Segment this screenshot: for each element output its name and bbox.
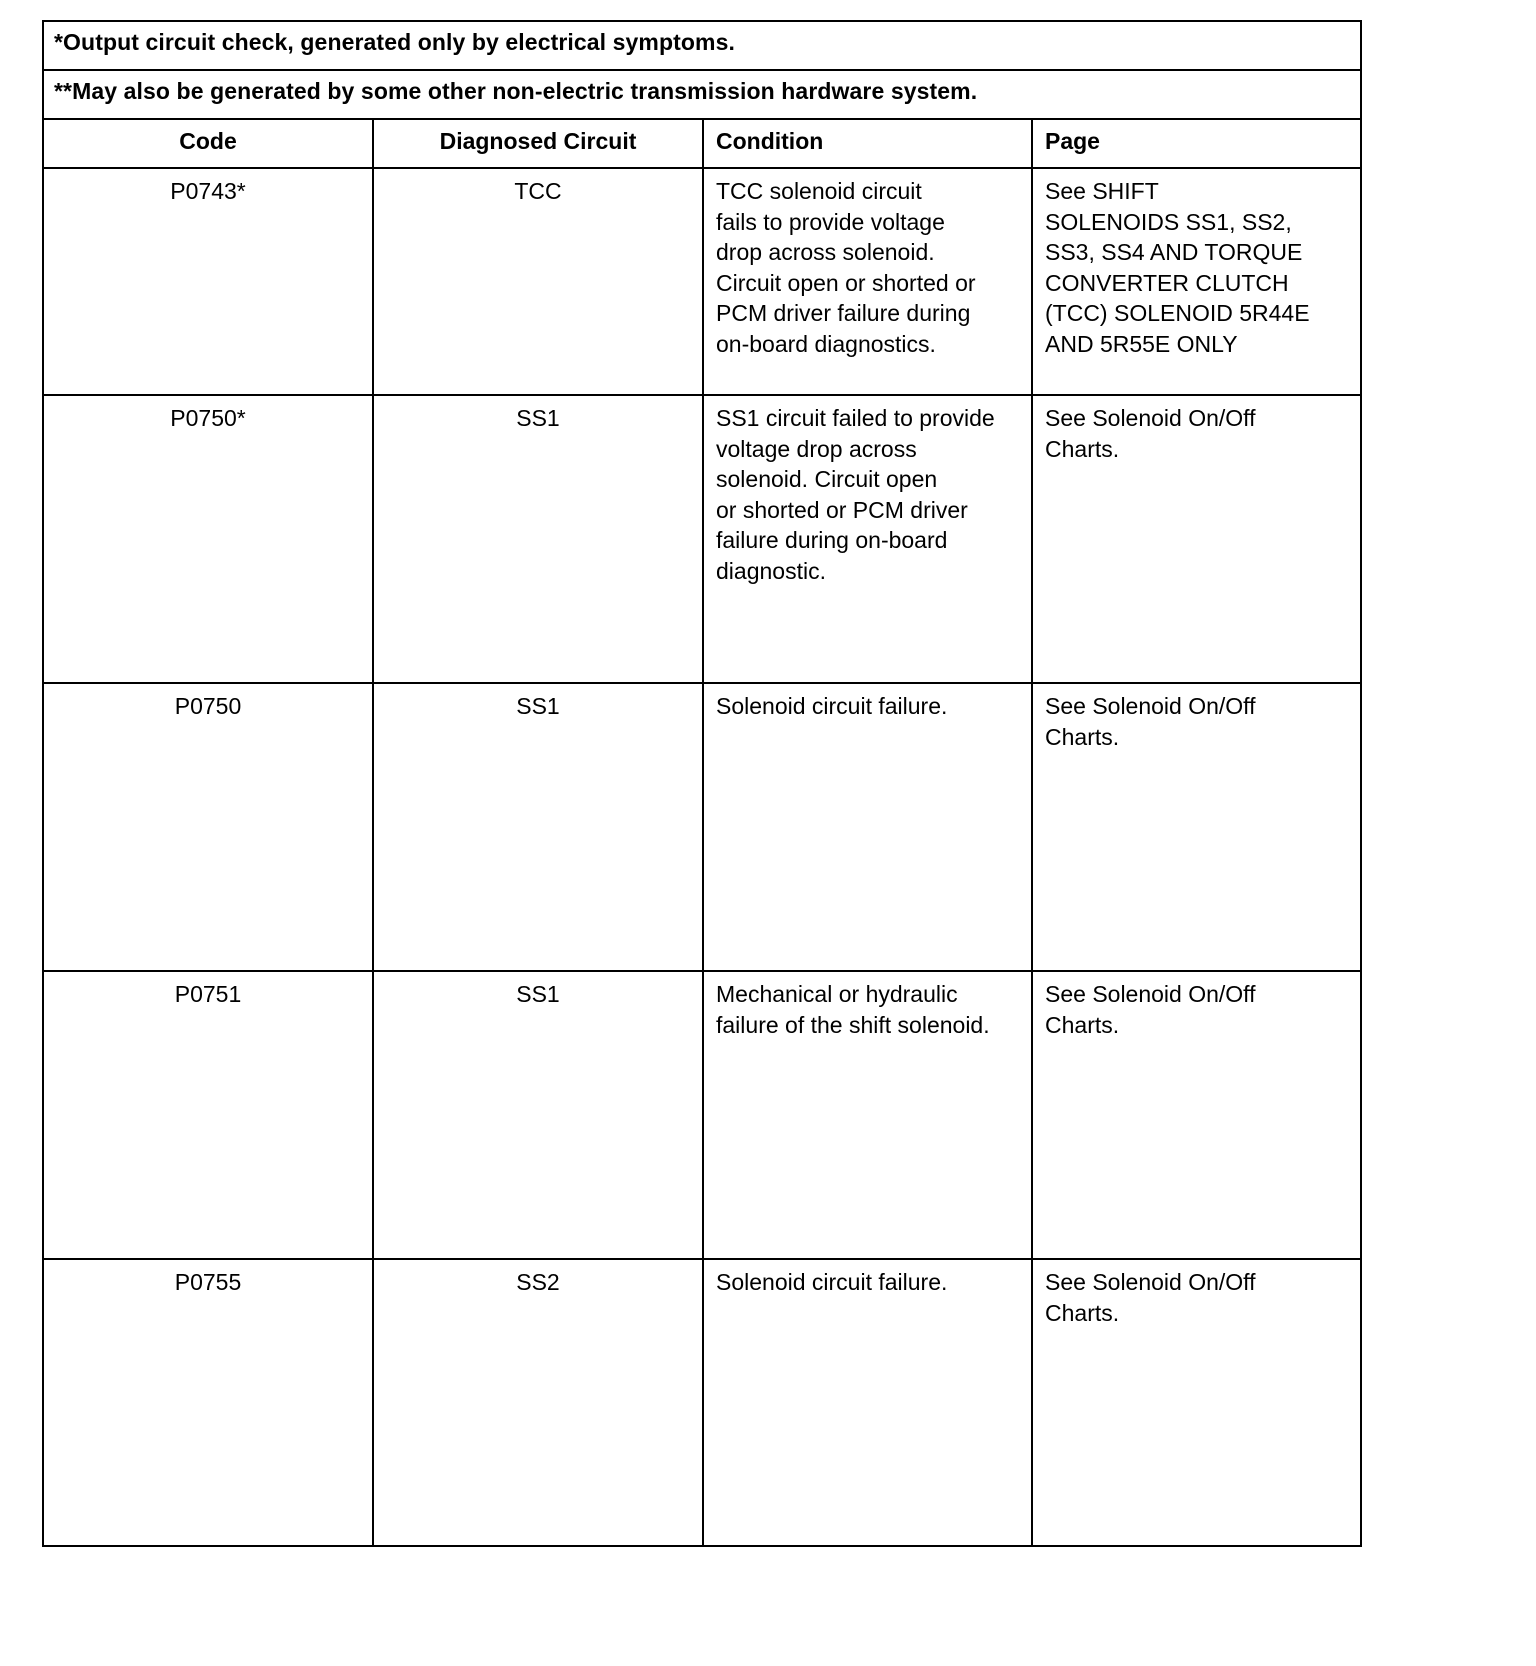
- cell-page: See Solenoid On/Off Charts.: [1032, 683, 1361, 971]
- circuit-text: SS1: [374, 972, 702, 1010]
- table-header-row: Code Diagnosed Circuit Condition Page: [43, 119, 1361, 168]
- circuit-text: SS1: [374, 684, 702, 722]
- footnote-row-single: *Output circuit check, generated only by…: [43, 21, 1361, 70]
- table-row: P0755 SS2 Solenoid circuit failure. See …: [43, 1259, 1361, 1546]
- header-condition: Condition: [703, 119, 1032, 168]
- cell-condition: TCC solenoid circuit fails to provide vo…: [703, 168, 1032, 395]
- condition-text: Solenoid circuit failure.: [704, 684, 1031, 722]
- table-row: P0750 SS1 Solenoid circuit failure. See …: [43, 683, 1361, 971]
- code-text: P0750: [44, 684, 372, 722]
- page-reference-text: See Solenoid On/Off Charts.: [1033, 396, 1360, 464]
- page-reference-text: See Solenoid On/Off Charts.: [1033, 684, 1360, 752]
- cell-condition: Solenoid circuit failure.: [703, 683, 1032, 971]
- table-row: P0750* SS1 SS1 circuit failed to provide…: [43, 395, 1361, 683]
- cell-code: P0750: [43, 683, 373, 971]
- cell-code: P0743*: [43, 168, 373, 395]
- cell-circuit: TCC: [373, 168, 703, 395]
- cell-circuit: SS2: [373, 1259, 703, 1546]
- code-text: P0751: [44, 972, 372, 1010]
- header-code: Code: [43, 119, 373, 168]
- condition-text: SS1 circuit failed to provide voltage dr…: [704, 396, 1031, 586]
- header-page: Page: [1032, 119, 1361, 168]
- condition-text: TCC solenoid circuit fails to provide vo…: [704, 169, 1031, 359]
- cell-code: P0751: [43, 971, 373, 1259]
- diagnostic-code-table: *Output circuit check, generated only by…: [42, 20, 1362, 1547]
- page-reference-text: See SHIFT SOLENOIDS SS1, SS2, SS3, SS4 A…: [1033, 169, 1360, 359]
- cell-condition: Mechanical or hydraulic failure of the s…: [703, 971, 1032, 1259]
- cell-page: See Solenoid On/Off Charts.: [1032, 395, 1361, 683]
- condition-text: Mechanical or hydraulic failure of the s…: [704, 972, 1031, 1040]
- cell-page: See Solenoid On/Off Charts.: [1032, 971, 1361, 1259]
- cell-code: P0755: [43, 1259, 373, 1546]
- cell-code: P0750*: [43, 395, 373, 683]
- header-diagnosed-circuit: Diagnosed Circuit: [373, 119, 703, 168]
- code-text: P0750*: [44, 396, 372, 434]
- footnote-row-double: **May also be generated by some other no…: [43, 70, 1361, 119]
- cell-circuit: SS1: [373, 395, 703, 683]
- circuit-text: TCC: [374, 169, 702, 207]
- condition-text: Solenoid circuit failure.: [704, 1260, 1031, 1298]
- cell-condition: Solenoid circuit failure.: [703, 1259, 1032, 1546]
- page-reference-text: See Solenoid On/Off Charts.: [1033, 972, 1360, 1040]
- code-text: P0755: [44, 1260, 372, 1298]
- circuit-text: SS2: [374, 1260, 702, 1298]
- cell-page: See SHIFT SOLENOIDS SS1, SS2, SS3, SS4 A…: [1032, 168, 1361, 395]
- cell-circuit: SS1: [373, 683, 703, 971]
- circuit-text: SS1: [374, 396, 702, 434]
- footnote-double-asterisk: **May also be generated by some other no…: [43, 70, 1361, 119]
- page-reference-text: See Solenoid On/Off Charts.: [1033, 1260, 1360, 1328]
- footnote-single-asterisk: *Output circuit check, generated only by…: [43, 21, 1361, 70]
- cell-page: See Solenoid On/Off Charts.: [1032, 1259, 1361, 1546]
- table-row: P0751 SS1 Mechanical or hydraulic failur…: [43, 971, 1361, 1259]
- cell-circuit: SS1: [373, 971, 703, 1259]
- cell-condition: SS1 circuit failed to provide voltage dr…: [703, 395, 1032, 683]
- table-row: P0743* TCC TCC solenoid circuit fails to…: [43, 168, 1361, 395]
- code-text: P0743*: [44, 169, 372, 207]
